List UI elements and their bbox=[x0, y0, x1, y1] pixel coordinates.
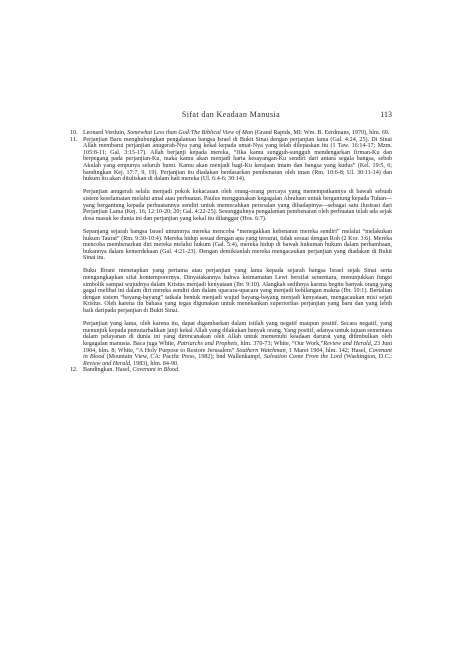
endnote-paragraph: Sepanjang sejarah bangsa Israel umumnya … bbox=[83, 229, 392, 262]
endnote-number: 10. bbox=[70, 130, 78, 137]
endnote-paragraph: Perjanjian anugerah selalu menjadi pokok… bbox=[83, 189, 392, 222]
endnote-text: Perjanjian Baru menghubungkan pengalaman… bbox=[83, 137, 392, 183]
endnote-text: (Washington, D.C.: bbox=[342, 354, 392, 360]
endnote-italic-text: Patriarchs and Prophets bbox=[177, 341, 237, 347]
endnote-text: Buku Ibrani menetapkan yang pertama atau… bbox=[83, 268, 392, 314]
endnote-italic-text: Review and Herald bbox=[83, 361, 130, 367]
endnote-text: . bbox=[178, 367, 180, 373]
endnote-text: (Grand Rapids, MI: Wm. B. Eerdmans, 1970… bbox=[253, 130, 389, 136]
endnote-paragraph: Leonard Verduin, Somewhat Less than God:… bbox=[83, 130, 392, 137]
endnote-text: (Mountain View, CA: Pacific Press, 1982)… bbox=[104, 354, 263, 360]
endnote-paragraph: Perjanjian yang lama, oleh karena itu, d… bbox=[83, 321, 392, 367]
endnote-italic-text: Southern Watchman bbox=[236, 348, 285, 354]
endnote-text: , 1983), hlm. 84-90. bbox=[130, 361, 179, 367]
endnote-text: , hlm. 370-73; White, “Our Work,” bbox=[237, 341, 323, 347]
endnote-paragraph: Buku Ibrani menetapkan yang pertama atau… bbox=[83, 268, 392, 314]
endnote-number: 11. bbox=[70, 137, 77, 144]
page-number: 113 bbox=[380, 110, 392, 120]
endnote-paragraph: Perjanjian Baru menghubungkan pengalaman… bbox=[83, 137, 392, 183]
page-content: Sifat dan Keadaan Manusia 113 10.Leonard… bbox=[70, 110, 392, 374]
page-header-title: Sifat dan Keadaan Manusia bbox=[70, 110, 392, 120]
endnotes-list: 10.Leonard Verduin, Somewhat Less than G… bbox=[70, 130, 392, 374]
endnote-text: Bandingkan. Hasel, bbox=[83, 367, 132, 373]
endnote-text: , 1 Maret 1904, hlm. 142; Hasel, bbox=[286, 348, 369, 354]
running-head: Sifat dan Keadaan Manusia 113 bbox=[70, 110, 392, 121]
endnote-italic-text: Covenant in Blood bbox=[132, 367, 178, 373]
endnote-italic-text: Salvation Come From the Lord bbox=[264, 354, 342, 360]
endnote-italic-text: Review and Herald bbox=[323, 341, 370, 347]
endnote-text: Sepanjang sejarah bangsa Israel umumnya … bbox=[83, 229, 392, 261]
endnote-item: 11.Perjanjian Baru menghubungkan pengala… bbox=[70, 137, 392, 368]
endnote-item: 10.Leonard Verduin, Somewhat Less than G… bbox=[70, 130, 392, 137]
endnote-text: Perjanjian anugerah selalu menjadi pokok… bbox=[83, 189, 392, 221]
endnote-text: Leonard Verduin, bbox=[83, 130, 127, 136]
document-page: Sifat dan Keadaan Manusia 113 10.Leonard… bbox=[0, 0, 460, 650]
endnote-paragraph: Bandingkan. Hasel, Covenant in Blood. bbox=[83, 367, 392, 374]
endnote-italic-text: Somewhat Less than God:The Biblical View… bbox=[127, 130, 253, 136]
endnote-item: 12.Bandingkan. Hasel, Covenant in Blood. bbox=[70, 367, 392, 374]
endnote-number: 12. bbox=[70, 367, 78, 374]
